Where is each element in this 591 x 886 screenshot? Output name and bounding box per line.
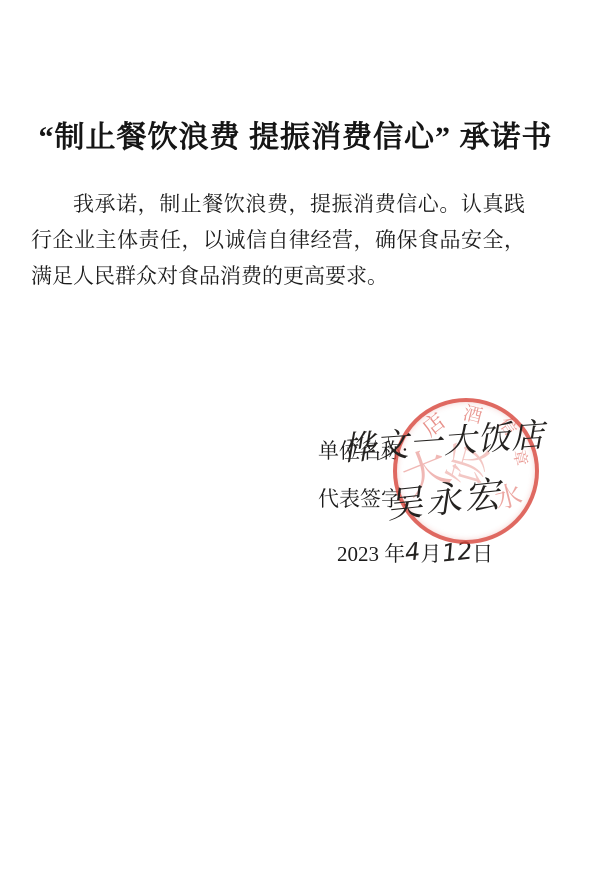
pledge-body-paragraph: 我承诺，制止餐饮浪费，提振消费信心。认真践行企业主体责任，以诚信自律经营，确保食…: [31, 186, 525, 294]
date-year-text: 2023 年: [337, 542, 405, 566]
date-month-unit: 月: [421, 542, 442, 566]
date-month-handwritten: 4: [404, 537, 422, 566]
date-day-unit: 日: [472, 542, 493, 566]
pledge-document-page: “制止餐饮浪费 提振消费信心” 承诺书 我承诺，制止餐饮浪费，提振消费信心。认真…: [0, 0, 591, 886]
document-title: “制止餐饮浪费 提振消费信心” 承诺书: [0, 112, 591, 156]
